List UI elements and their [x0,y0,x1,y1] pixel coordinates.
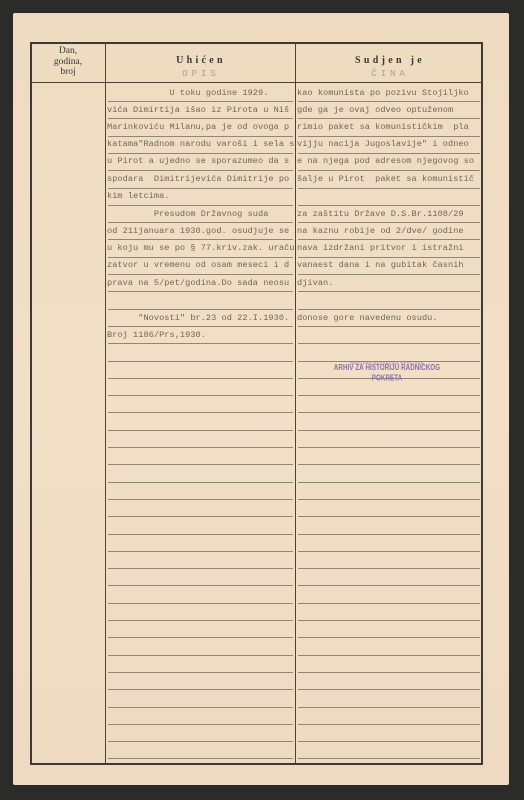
typed-line-right: nava izdržani pritvor i istražni [297,243,464,254]
ruled-line-right [298,257,480,258]
ruled-line-right [298,239,480,240]
typed-line-right: rimio paket sa komunističkim pla [297,122,469,133]
typed-line-left: "Novosti" br.23 od 22.I.1930. [107,313,289,324]
typed-line-right: donose gore navedenu osudu. [297,313,438,324]
typed-line-left: Broj 1186/Prs,1930. [107,330,206,341]
ruled-line-left [108,274,293,275]
ruled-line-right [298,170,480,171]
ruled-line-right [298,568,480,569]
ruled-line-right [298,551,480,552]
ruled-line-left [108,136,293,137]
ruled-line-right [298,291,480,292]
ruled-line-right [298,620,480,621]
ruled-line-right [298,724,480,725]
ruled-line-right [298,343,480,344]
typed-line-left: zatvor u vremenu od osam meseci i d [107,260,289,271]
ruled-line-right [298,672,480,673]
ruled-line-left [108,412,293,413]
ruled-line-left [108,257,293,258]
ruled-line-left [108,309,293,310]
ruled-line-left [108,395,293,396]
ruled-line-right [298,689,480,690]
ruled-line-right [298,603,480,604]
ruled-line-left [108,568,293,569]
ruled-line-left [108,239,293,240]
archive-stamp: NARODNA REPUBLIKA HRVATSKA ARHIV ZA HIST… [322,360,452,382]
typed-line-left: u Pirot a ujedno se sporazumeo da s [107,156,289,167]
typed-line-right: vanaest dana i na gubitak časnih [297,260,464,271]
ruled-line-right [298,309,480,310]
ruled-line-right [298,118,480,119]
ruled-line-right [298,499,480,500]
ruled-line-right [298,430,480,431]
header-col1-line1: Dan, [32,46,104,57]
header-description-subtitle: OPIS [107,69,295,79]
ruled-line-right [298,412,480,413]
header-sentenced-title: Sudjen je [297,55,483,66]
ruled-line-left [108,222,293,223]
ruled-line-right [298,274,480,275]
column-divider-middle [295,42,296,763]
ruled-line-right [298,482,480,483]
ruled-line-left [108,464,293,465]
typed-line-left: katama"Radnom narodu varoši i sela s [107,139,294,150]
ruled-line-right [298,585,480,586]
ruled-line-left [108,482,293,483]
header-col1-line3: broj [32,67,104,78]
header-offense-subtitle: ČINA [297,69,483,79]
ruled-line-right [298,222,480,223]
header-date-number: Dan, godina, broj [32,46,104,78]
stamp-line-2: ARHIV ZA HISTORIJU RADNIČKOG POKRETA [322,364,452,385]
ruled-line-left [108,689,293,690]
typed-line-left: kim letcima. [107,191,170,202]
typed-line-left: u koju mu se po § 77.kriv.zak. uraču [107,243,294,254]
ruled-line-left [108,430,293,431]
ruled-line-left [108,153,293,154]
ruled-line-right [298,136,480,137]
ruled-line-right [298,741,480,742]
ruled-line-left [108,291,293,292]
header-divider [30,82,483,83]
typed-line-right: vijju nacija Jugoslavije" i odneo [297,139,469,150]
ruled-line-right [298,655,480,656]
ruled-line-right [298,188,480,189]
ruled-line-right [298,637,480,638]
ruled-line-left [108,551,293,552]
ruled-line-right [298,326,480,327]
ruled-line-left [108,361,293,362]
typed-line-right: gde ga je ovaj odveo optuženom [297,105,453,116]
ruled-line-left [108,516,293,517]
ruled-line-left [108,758,293,759]
typed-line-left: od 21ijanuara 1930.god. osudjuje se [107,226,289,237]
ruled-line-right [298,101,480,102]
ruled-line-left [108,326,293,327]
typed-line-left: Presudom Državnog suda [107,209,268,220]
ruled-line-right [298,534,480,535]
typed-line-left: prava na 5/pet/godina.Do sada neosu [107,278,289,289]
typed-line-right: kao komunista po pozivu Stojiljko [297,88,469,99]
typed-line-left: spodara Dimitrijevića Dimitrije po [107,174,289,185]
ruled-line-left [108,205,293,206]
ruled-line-left [108,672,293,673]
ruled-line-left [108,343,293,344]
ruled-line-left [108,724,293,725]
typed-line-right: za zaštitu Države D.S.Br.1108/29 [297,209,464,220]
ruled-line-left [108,637,293,638]
ruled-line-right [298,464,480,465]
ruled-line-left [108,118,293,119]
ruled-line-left [108,101,293,102]
ruled-line-left [108,170,293,171]
ruled-line-right [298,758,480,759]
ruled-line-left [108,741,293,742]
typed-line-right: na kaznu robije od 2/dve/ godine [297,226,464,237]
header-col1-line2: godina, [32,57,104,68]
ruled-line-left [108,620,293,621]
typed-line-right: e na njega pod adresom njegovog so [297,156,474,167]
ruled-line-left [108,707,293,708]
ruled-line-right [298,205,480,206]
typed-line-left: U toku godine 1929. [107,88,268,99]
typed-line-right: djivan. [297,278,333,289]
ruled-line-right [298,153,480,154]
ruled-line-left [108,188,293,189]
ruled-line-left [108,534,293,535]
ruled-line-right [298,516,480,517]
ruled-line-left [108,447,293,448]
typed-line-left: Marinkoviću Milanu,pa je od ovoga p [107,122,289,133]
ruled-line-right [298,447,480,448]
typed-line-left: vića Dimirtija išao iz Pirota u Niš [107,105,289,116]
ruled-line-right [298,707,480,708]
ruled-line-left [108,499,293,500]
ruled-line-left [108,603,293,604]
ruled-line-right [298,395,480,396]
ruled-line-left [108,378,293,379]
header-arrested-title: Uhićen [107,55,295,66]
typed-line-right: šalje u Pirot paket sa komunistič [297,174,474,185]
column-divider-left [105,42,106,763]
ruled-line-left [108,585,293,586]
ruled-line-left [108,655,293,656]
register-table-frame [30,42,483,765]
